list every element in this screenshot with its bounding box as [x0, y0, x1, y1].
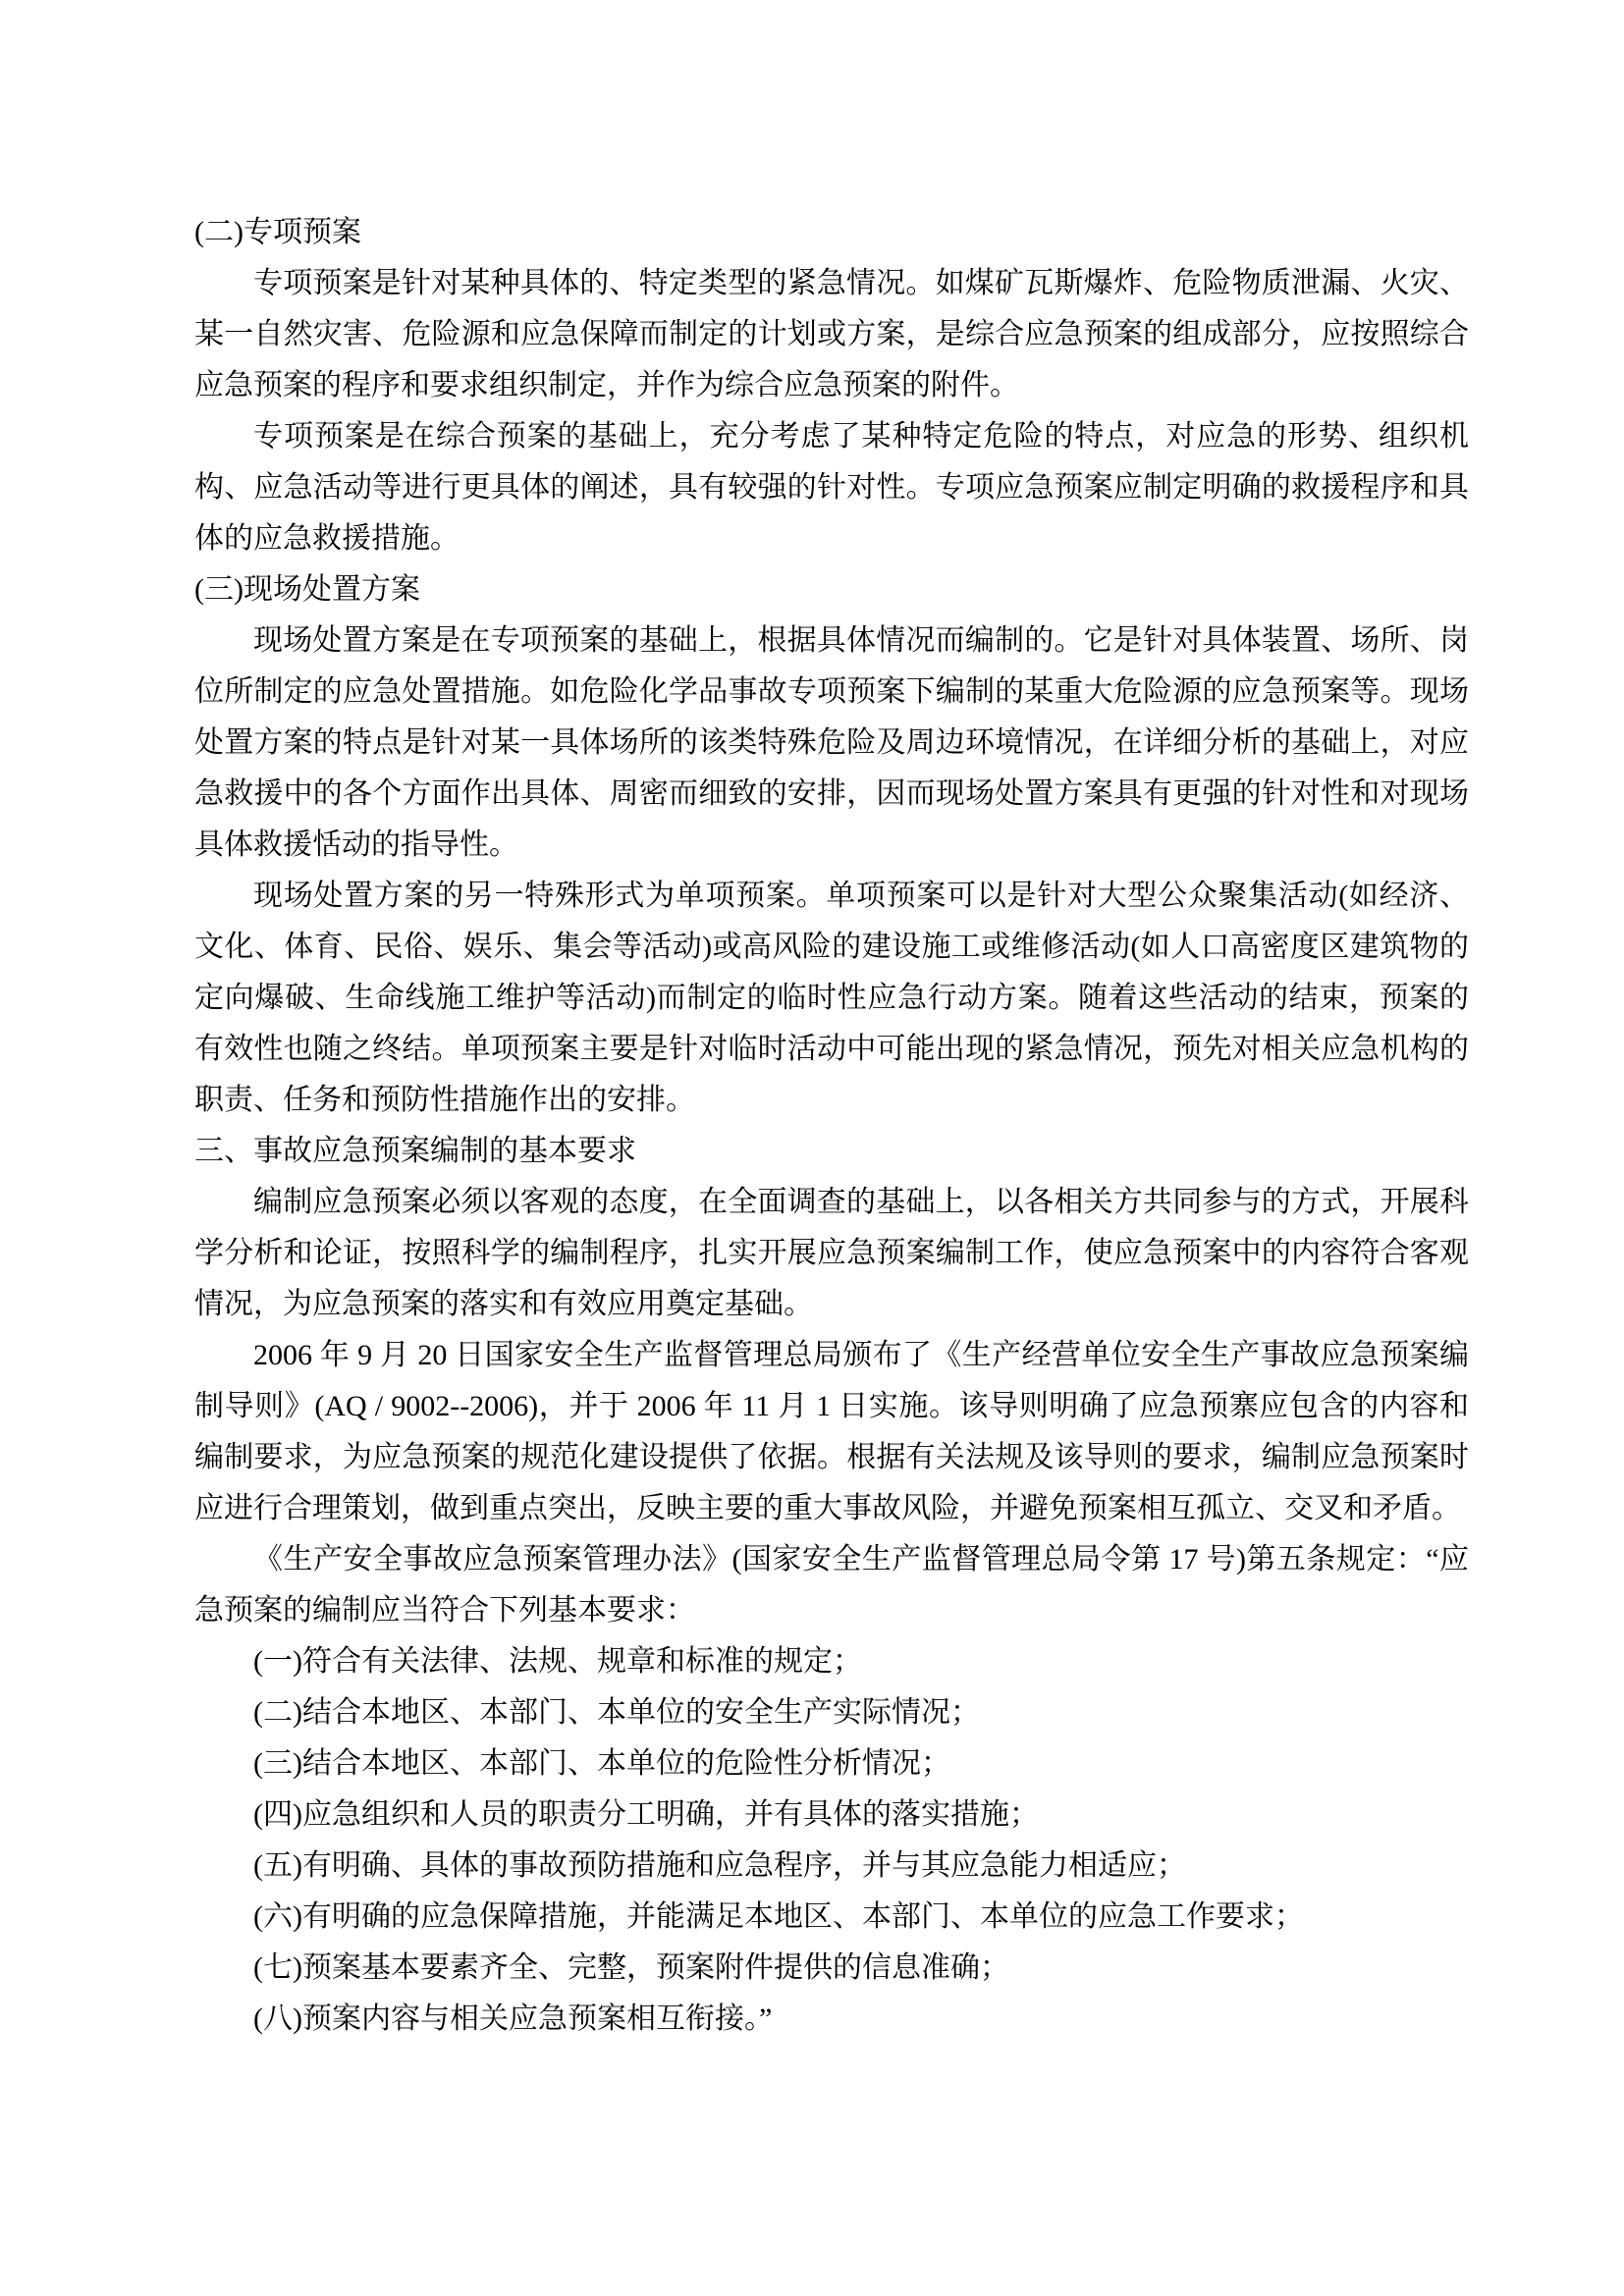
list-item: (二)结合本地区、本部门、本单位的安全生产实际情况； [194, 1687, 1469, 1738]
list-item: (六)有明确的应急保障措施，并能满足本地区、本部门、本单位的应急工作要求； [194, 1892, 1469, 1943]
section-heading: 三、事故应急预案编制的基本要求 [194, 1126, 1469, 1177]
document-page: (二)专项预案专项预案是针对某种具体的、特定类型的紧急情况。如煤矿瓦斯爆炸、危险… [0, 0, 1624, 2296]
paragraph: 《生产安全事故应急预案管理办法》(国家安全生产监督管理总局令第 17 号)第五条… [194, 1534, 1469, 1636]
paragraph: 专项预案是针对某种具体的、特定类型的紧急情况。如煤矿瓦斯爆炸、危险物质泄漏、火灾… [194, 258, 1469, 411]
list-item: (五)有明确、具体的事故预防措施和应急程序，并与其应急能力相适应； [194, 1841, 1469, 1892]
paragraph: 专项预案是在综合预案的基础上，充分考虑了某种特定危险的特点，对应急的形势、组织机… [194, 411, 1469, 564]
list-item: (三)结合本地区、本部门、本单位的危险性分析情况； [194, 1738, 1469, 1789]
list-item: (八)预案内容与相关应急预案相互衔接。” [194, 1994, 1469, 2045]
section-heading: (三)现场处置方案 [194, 564, 1469, 615]
section-heading: (二)专项预案 [194, 207, 1469, 258]
list-item: (七)预案基本要素齐全、完整，预案附件提供的信息准确； [194, 1943, 1469, 1994]
paragraph: 现场处置方案的另一特殊形式为单项预案。单项预案可以是针对大型公众聚集活动(如经济… [194, 871, 1469, 1126]
paragraph: 编制应急预案必须以客观的态度，在全面调查的基础上，以各相关方共同参与的方式，开展… [194, 1177, 1469, 1330]
list-item: (四)应急组织和人员的职责分工明确，并有具体的落实措施； [194, 1789, 1469, 1841]
paragraph: 现场处置方案是在专项预案的基础上，根据具体情况而编制的。它是针对具体装置、场所、… [194, 615, 1469, 871]
paragraph: 2006 年 9 月 20 日国家安全生产监督管理总局颁布了《生产经营单位安全生… [194, 1330, 1469, 1534]
list-item: (一)符合有关法律、法规、规章和标准的规定； [194, 1636, 1469, 1687]
document-body: (二)专项预案专项预案是针对某种具体的、特定类型的紧急情况。如煤矿瓦斯爆炸、危险… [194, 207, 1469, 2045]
